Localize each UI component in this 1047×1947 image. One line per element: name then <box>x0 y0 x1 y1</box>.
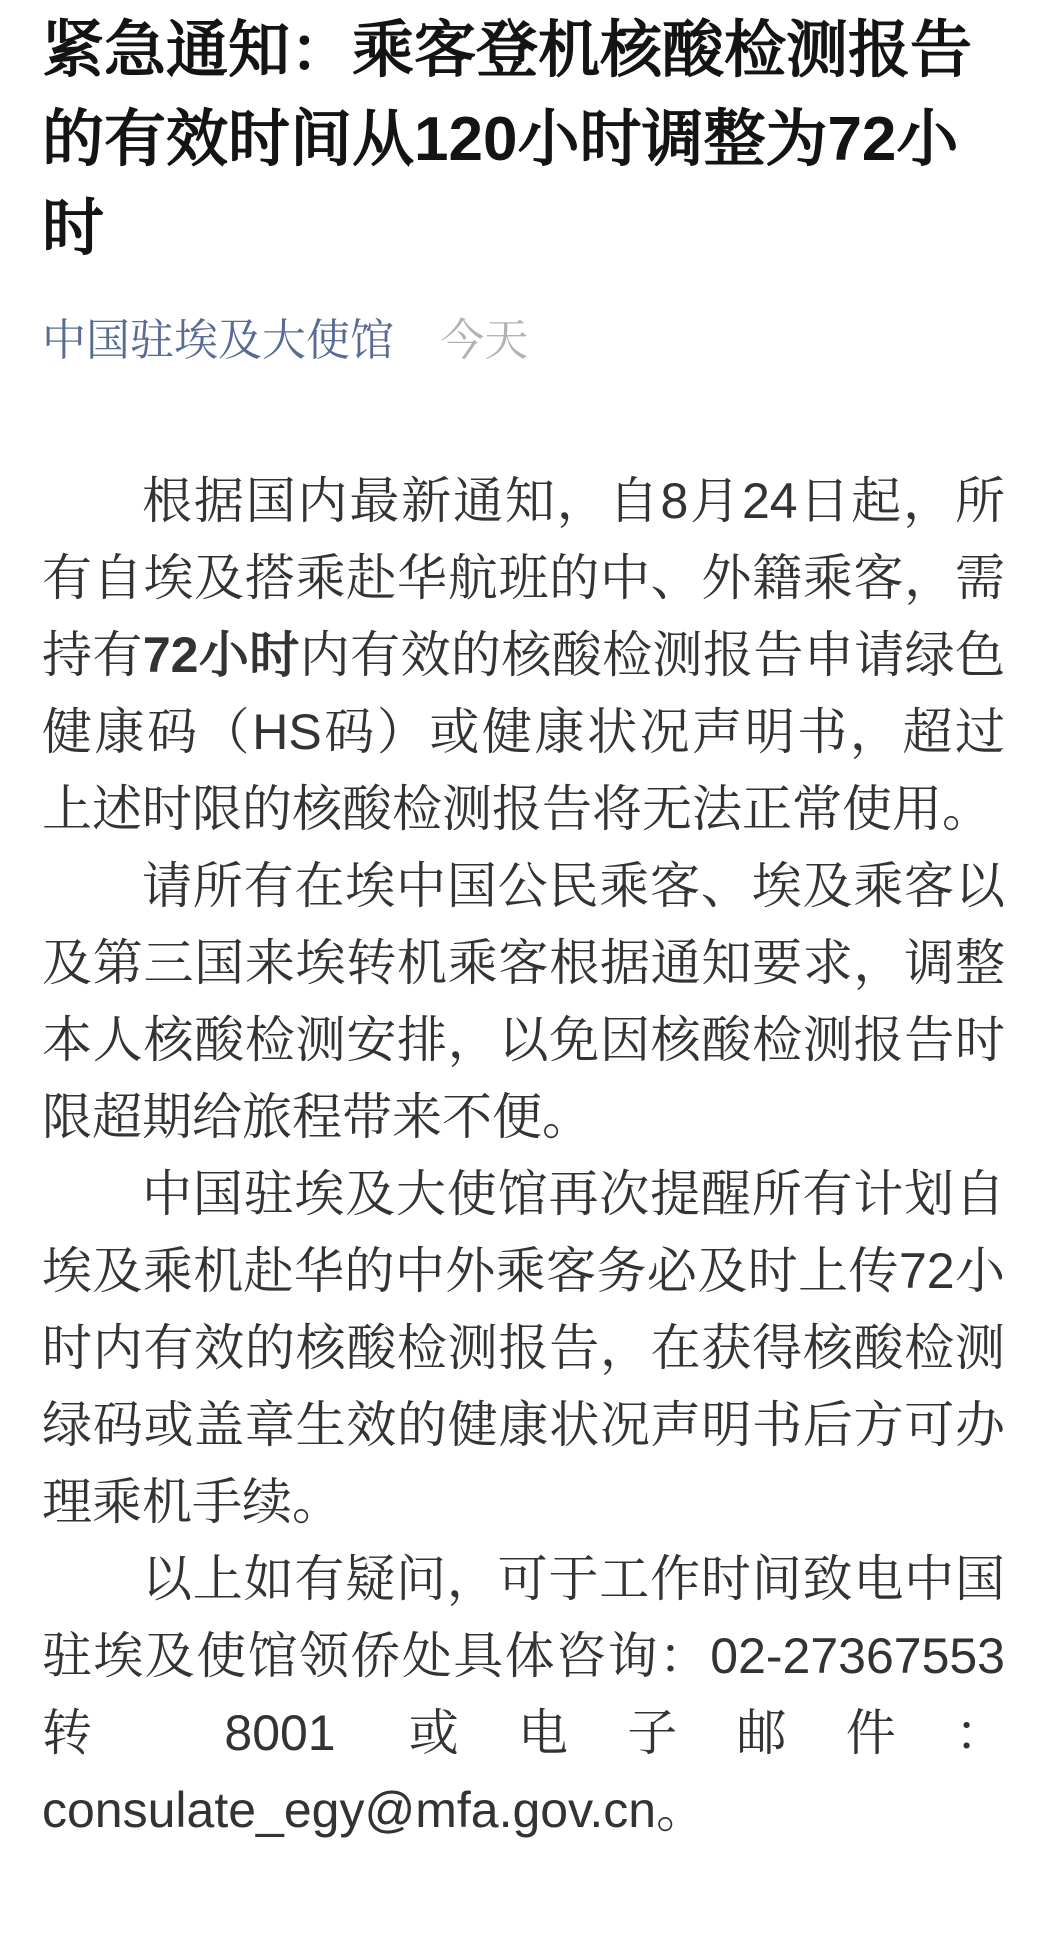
article: 紧急通知：乘客登机核酸检测报告的有效时间从120小时调整为72小时 中国驻埃及大… <box>42 6 1005 1849</box>
article-body: 根据国内最新通知，自8月24日起，所有自埃及搭乘赴华航班的中、外籍乘客，需持有7… <box>42 463 1005 1849</box>
wechat-article-page: { "article": { "title": "紧急通知：乘客登机核酸检测报告… <box>0 0 1047 1947</box>
paragraph-2: 请所有在埃中国公民乘客、埃及乘客以及第三国来埃转机乘客根据通知要求，调整本人核酸… <box>42 848 1005 1156</box>
paragraph-1: 根据国内最新通知，自8月24日起，所有自埃及搭乘赴华航班的中、外籍乘客，需持有7… <box>42 463 1005 848</box>
paragraph-1-bold-72-hours: 72小时 <box>143 627 300 683</box>
author-account-link[interactable]: 中国驻埃及大使馆 <box>42 316 394 365</box>
publish-date: 今天 <box>440 316 528 365</box>
page-title: 紧急通知：乘客登机核酸检测报告的有效时间从120小时调整为72小时 <box>42 6 1005 273</box>
paragraph-4: 以上如有疑问，可于工作时间致电中国驻埃及使馆领侨处具体咨询：02-2736755… <box>42 1541 1005 1849</box>
article-meta: 中国驻埃及大使馆 今天 <box>42 315 1005 367</box>
paragraph-3: 中国驻埃及大使馆再次提醒所有计划自埃及乘机赴华的中外乘客务必及时上传72小时内有… <box>42 1156 1005 1541</box>
